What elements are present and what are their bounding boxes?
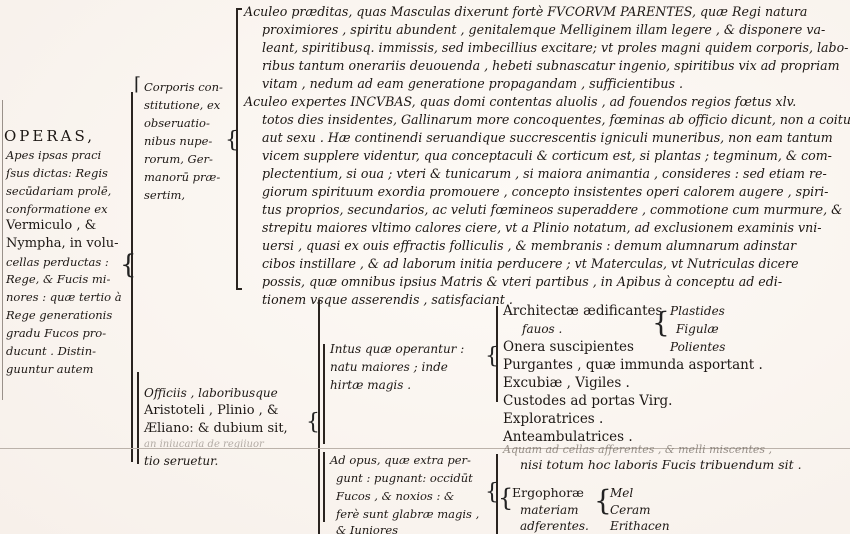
text-line: plectentium, si oua ; vteri & tunicarum … [262,165,827,183]
text-line: adferentes. [520,517,589,534]
text-line: ſsus dictas: Regis [6,164,108,182]
text-line: nisi totum hoc laboris Fucis tribuendum … [520,456,802,474]
text-line: obseruatio- [144,114,210,132]
role-item: Purgantes , quæ immunda asportant . [503,356,763,374]
text-line: Officiis , laboribusque [144,384,278,402]
text-line: secūdariam prolē, [6,182,111,200]
text-line: rorum, Ger- [144,150,213,168]
officiis-brace-tip: { [306,410,320,435]
text-line: cellas perductas : [6,253,109,271]
text-line: Aculeo præditas, quas Masculas dixerunt … [244,3,807,21]
text-line: ribus tantum onerariis deuouenda , hebet… [262,57,840,75]
text-line: nores : quæ tertio à [6,288,122,306]
main-brace-tip: { [120,250,137,280]
text-line: leant, spiritibusq. immissis, sed imbeci… [262,39,848,57]
role-item: Onera suscipientes [503,338,634,356]
ad-opus-bracket [323,452,325,522]
aculeo-brace-tip: { [225,128,239,153]
architectae-brace: { [652,306,670,339]
ergophorae-brace: { [498,484,513,512]
text-line: hirtæ magis . [330,376,411,394]
text-line: gradu Fucos pro- [6,324,106,342]
material-item: Mel [610,484,633,502]
document-page: OPERAS, Apes ipsas praci ſsus dictas: Re… [0,0,850,534]
intus-bracket [323,344,325,444]
sub-role: Polientes [670,338,725,356]
role-architectae-cont: fauos . [522,320,562,338]
operas-heading: OPERAS, [4,127,95,145]
text-line: manorū præ- [144,168,220,186]
text-line: tionem vsque asserendis , satisfaciant . [262,291,513,309]
text-line: guuntur autem [6,360,93,378]
text-line: & Iuniores [336,521,398,534]
role-item: Exploratrices . [503,410,603,428]
material-item: Erithacen [610,517,670,534]
text-line: Apes ipsas praci [6,146,101,164]
text-line: ducunt . Distin- [6,342,96,360]
text-line: possis, quæ omnibus ipsius Matris & vter… [262,273,782,291]
sub-role: Figulæ [676,320,719,338]
text-line: Corporis con- [144,78,223,96]
text-line: proximiores , spiritu abundent , genital… [262,21,825,39]
bracket-cap [236,288,242,290]
text-line: Aristoteli , Plinio , & [144,402,279,420]
text-line: vicem supplere videntur, qua conceptacul… [262,147,832,165]
roles-brace-tip: { [485,344,499,369]
text-line: uersi , quasi ex ouis effractis follicul… [262,237,796,255]
text-line: Ad opus, quæ extra per- [330,451,471,469]
text-line: tio seruetur. [144,452,218,470]
text-line: vitam , nedum ad eam generatione propaga… [262,75,683,93]
text-line: Ergophoræ [512,484,584,502]
text-line: aut sexu . Hæ continendi seruandique suc… [262,129,833,147]
text-line: Fucos , & noxios : & [336,487,454,505]
text-line: stitutione, ex [144,96,220,114]
role-item: Custodes ad portas Virg. [503,392,672,410]
officiis-bracket [137,372,139,464]
text-line: tus proprios, secundarios, ac veluti fœm… [262,201,842,219]
role-architectae: Architectæ ædificantes [503,302,662,320]
text-line: giorum spirituum exordia promouere , con… [262,183,828,201]
left-margin-rule [2,100,3,400]
text-line: Rege, & Fucis mi- [6,270,110,288]
text-line: strepitu maiores vltimo calores ciere, v… [262,219,822,237]
text-line: Aculeo expertes INCVBAS, quas domi conte… [244,93,796,111]
sub-role: Plastides [670,302,725,320]
text-line: Intus quæ operantur : [330,340,464,358]
text-line: Nympha, in volu- [6,235,119,253]
bracket-cap [236,8,242,10]
text-line: nibus nupe- [144,132,212,150]
text-line: Rege generationis [6,306,112,324]
text-line: cibos instillare , & ad laborum initia p… [262,255,799,273]
text-line: totos dies insidentes, Gallinarum more c… [262,111,850,129]
text-line: conformatione ex [6,200,108,218]
ad-opus-brace-tip: { [485,480,499,505]
role-item: Excubiæ , Vigiles . [503,374,630,392]
text-line: natu maiores ; inde [330,358,448,376]
bracket-top: ⌈ [134,74,141,95]
text-line: Vermiculo , & [6,217,96,235]
text-line: gunt : pugnant: occidūt [336,469,473,487]
text-line: sertim, [144,186,185,204]
